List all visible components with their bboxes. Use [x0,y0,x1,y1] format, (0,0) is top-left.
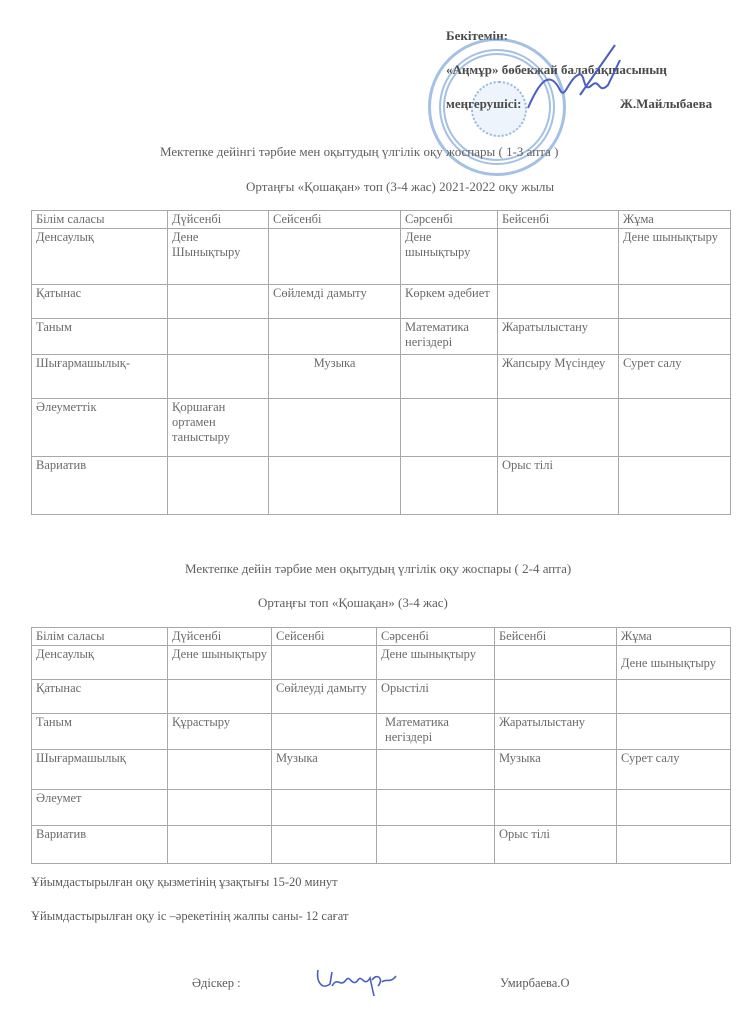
plan2-subtitle: Ортаңғы топ «Қошақан» (3-4 жас) [258,595,448,611]
plan2-title: Мектепке дейін тәрбие мен оқытудың үлгіл… [185,561,571,577]
table-cell: Сөйлеуді дамыту [272,680,377,714]
table-cell [168,355,269,399]
table-cell: Таным [32,319,168,355]
header-cell: Сейсенбі [269,211,401,229]
table-cell: Математика негіздері [377,714,495,750]
table-cell [168,750,272,790]
table-cell: Қатынас [32,680,168,714]
table-cell [495,680,617,714]
table-cell: Дене Шынықтыру [168,229,269,285]
table-cell [168,790,272,826]
header-cell: Дүйсенбі [168,628,272,646]
table-cell [617,680,731,714]
table-cell [401,399,498,457]
header-cell: Білім саласы [32,628,168,646]
table-cell [272,790,377,826]
table-cell [168,319,269,355]
table-cell: Жаратылыстану [498,319,619,355]
table-cell: Сурет салу [617,750,731,790]
table-row: Таным Құрастыру Математика негіздері Жар… [32,714,731,750]
table-row: Әлеумет [32,790,731,826]
header-cell: Сәрсенбі [377,628,495,646]
table-cell [619,399,731,457]
header-cell: Дүйсенбі [168,211,269,229]
table-cell: Дене шынықтыру [401,229,498,285]
table-header-row: Білім саласы Дүйсенбі Сейсенбі Сәрсенбі … [32,628,731,646]
table-cell [401,457,498,515]
table-cell: Сурет салу [619,355,731,399]
table-cell: Жаратылыстану [495,714,617,750]
table-row: Таным Математика негіздері Жаратылыстану [32,319,731,355]
table-row: Шығармашылық- Музыка Жапсыру Мүсіндеу Су… [32,355,731,399]
plan1-subtitle: Ортаңғы «Қошақан» топ (3-4 жас) 2021-202… [246,179,554,195]
table-cell [401,355,498,399]
table-cell [272,646,377,680]
table-row: Қатынас Сөйлемді дамыту Көркем әдебиет [32,285,731,319]
table-cell [269,457,401,515]
table-cell [168,285,269,319]
table-row: Шығармашылық Музыка Музыка Сурет салу [32,750,731,790]
table-row: Әлеуметтік Қоршаған ортамен таныстыру [32,399,731,457]
table-cell: Вариатив [32,826,168,864]
table-row: Вариатив Орыс тілі [32,826,731,864]
table-row: Вариатив Орыс тілі [32,457,731,515]
total-hours-note: Ұйымдастырылған оқу іс –әрекетінің жалпы… [31,909,348,924]
table-cell: Дене шынықтыру [617,646,731,680]
header-cell: Сәрсенбі [401,211,498,229]
table-cell: Шығармашылық [32,750,168,790]
table-cell [619,285,731,319]
table-cell [619,457,731,515]
table-cell: Вариатив [32,457,168,515]
table-cell [272,714,377,750]
table-cell: Сөйлемді дамыту [269,285,401,319]
table-cell [269,319,401,355]
table-cell [269,399,401,457]
table-cell: Құрастыру [168,714,272,750]
table-cell [619,319,731,355]
table-row: Қатынас Сөйлеуді дамыту Орыстілі [32,680,731,714]
director-signature [520,40,630,115]
table-cell [377,790,495,826]
approval-head-name: Ж.Майлыбаева [620,96,712,112]
table-cell [168,457,269,515]
table-cell: Әлеуметтік [32,399,168,457]
table-cell [168,680,272,714]
header-cell: Бейсенбі [495,628,617,646]
methodist-signature [312,962,402,998]
table-cell: Әлеумет [32,790,168,826]
table-cell: Жапсыру Мүсіндеу [498,355,619,399]
table-cell: Көркем әдебиет [401,285,498,319]
header-cell: Жұма [619,211,731,229]
plan1-table: Білім саласы Дүйсенбі Сейсенбі Сәрсенбі … [31,210,731,515]
table-cell: Орыс тілі [495,826,617,864]
table-cell: Қоршаған ортамен таныстыру [168,399,269,457]
table-cell [617,826,731,864]
header-cell: Бейсенбі [498,211,619,229]
table-cell [617,714,731,750]
header-cell: Сейсенбі [272,628,377,646]
table-cell [168,826,272,864]
table-cell [495,790,617,826]
plan1-title: Мектепке дейінгі тәрбие мен оқытудың үлг… [160,144,558,160]
table-cell [617,790,731,826]
table-cell [498,285,619,319]
table-header-row: Білім саласы Дүйсенбі Сейсенбі Сәрсенбі … [32,211,731,229]
approval-head-label: меңгерушісі: [446,96,521,112]
plan2-table: Білім саласы Дүйсенбі Сейсенбі Сәрсенбі … [31,627,731,864]
table-cell: Шығармашылық- [32,355,168,399]
table-cell: Орыс тілі [498,457,619,515]
table-row: Денсаулық Дене Шынықтыру Дене шынықтыру … [32,229,731,285]
table-cell [377,750,495,790]
methodist-label: Әдіскер : [192,976,241,991]
table-cell: Денсаулық [32,646,168,680]
duration-note: Ұйымдастырылған оқу қызметінің ұзақтығы … [31,875,338,890]
table-cell [272,826,377,864]
table-cell: Дене шынықтыру [377,646,495,680]
table-cell [377,826,495,864]
table-cell: Дене шынықтыру [619,229,731,285]
table-cell: Таным [32,714,168,750]
header-cell: Білім саласы [32,211,168,229]
table-cell [495,646,617,680]
table-cell: Музыка [495,750,617,790]
table-cell [269,229,401,285]
table-cell: Музыка [269,355,401,399]
table-row: Денсаулық Дене шынықтыру Дене шынықтыру … [32,646,731,680]
header-cell: Жұма [617,628,731,646]
table-cell: Орыстілі [377,680,495,714]
table-cell [498,229,619,285]
table-cell: Математика негіздері [401,319,498,355]
table-cell: Музыка [272,750,377,790]
table-cell: Дене шынықтыру [168,646,272,680]
table-cell: Денсаулық [32,229,168,285]
table-cell [498,399,619,457]
table-cell: Қатынас [32,285,168,319]
methodist-name: Умирбаева.О [500,976,570,991]
